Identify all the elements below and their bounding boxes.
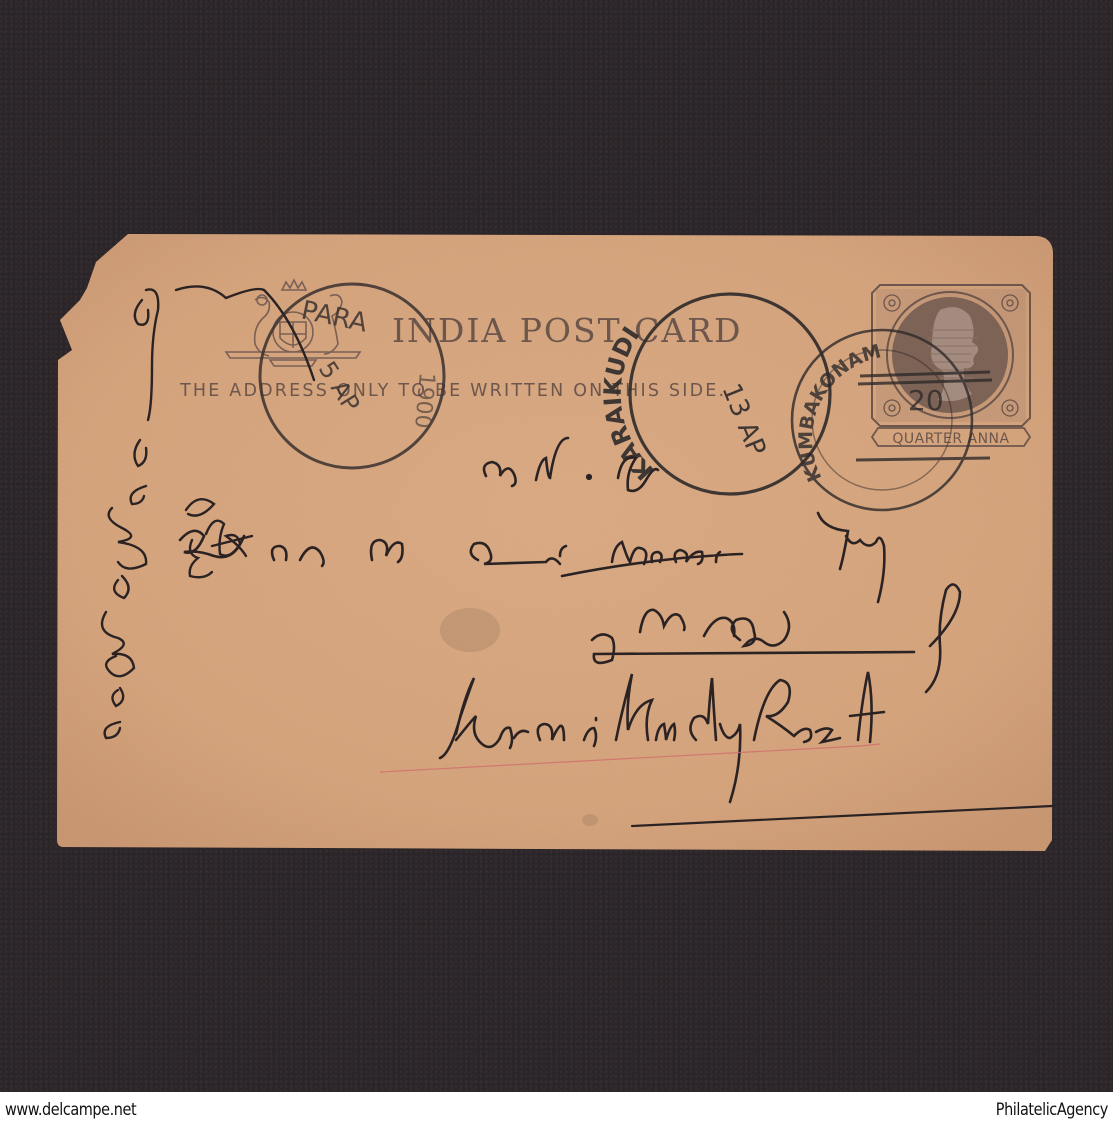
- svg-text:1900: 1900: [409, 371, 439, 429]
- seller-name: PhilatelicAgency: [996, 1100, 1108, 1120]
- postcard: INDIA POST CARD THE ADDRESS ONLY TO BE W…: [0, 0, 1113, 1092]
- source-watermark: www.delcampe.net: [5, 1100, 136, 1120]
- photo-background: INDIA POST CARD THE ADDRESS ONLY TO BE W…: [0, 0, 1113, 1092]
- svg-text:20: 20: [908, 384, 944, 417]
- footer: www.delcampe.net PhilatelicAgency: [0, 1092, 1113, 1131]
- card-title: INDIA POST CARD: [392, 311, 742, 350]
